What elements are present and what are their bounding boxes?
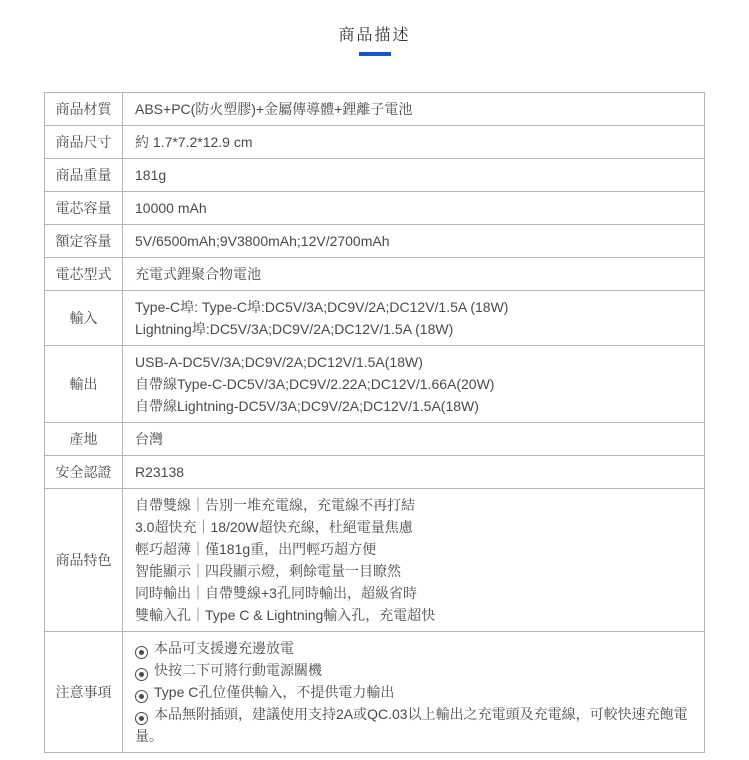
spec-value: 自帶雙線｜告別一堆充電線，充電線不再打結3.0超快充｜18/20W超快充線，杜絕… — [123, 489, 705, 632]
table-row: 電芯容量10000 mAh — [45, 192, 705, 225]
fisheye-icon — [135, 690, 148, 703]
note-text: 本品可支援邊充邊放電 — [154, 640, 294, 656]
spec-label: 安全認證 — [45, 456, 123, 489]
spec-value-line: 雙輸入孔｜Type C & Lightning輸入孔，充電超快 — [135, 604, 692, 626]
page-title: 商品描述 — [338, 22, 410, 45]
note-line: 快按二下可將行動電源關機 — [135, 659, 692, 681]
note-text: 本品無附插頭，建議使用支持2A或QC.03以上輸出之充電頭及充電線，可較快速充飽… — [135, 706, 688, 744]
spec-label: 商品尺寸 — [45, 126, 123, 159]
table-row: 額定容量5V/6500mAh;9V3800mAh;12V/2700mAh — [45, 225, 705, 258]
spec-value-line: 自帶線Lightning-DC5V/3A;DC9V/2A;DC12V/1.5A(… — [135, 395, 692, 417]
spec-value-line: Type-C埠: Type-C埠:DC5V/3A;DC9V/2A;DC12V/1… — [135, 296, 692, 318]
table-row: 商品特色自帶雙線｜告別一堆充電線，充電線不再打結3.0超快充｜18/20W超快充… — [45, 489, 705, 632]
spec-value: 充電式鋰聚合物電池 — [123, 258, 705, 291]
fisheye-icon — [135, 668, 148, 681]
note-text: 快按二下可將行動電源關機 — [154, 662, 322, 678]
spec-label: 輸入 — [45, 291, 123, 346]
spec-label: 商品重量 — [45, 159, 123, 192]
fisheye-icon — [135, 646, 148, 659]
spec-value-line: 台灣 — [135, 428, 692, 450]
table-row: 商品重量181g — [45, 159, 705, 192]
spec-label: 電芯容量 — [45, 192, 123, 225]
product-description-page: 商品描述 商品材質ABS+PC(防火塑膠)+金屬傳導體+鋰離子電池商品尺寸約 1… — [0, 0, 749, 753]
note-line: 本品無附插頭，建議使用支持2A或QC.03以上輸出之充電頭及充電線，可較快速充飽… — [135, 703, 692, 747]
spec-value: 台灣 — [123, 423, 705, 456]
spec-label: 輸出 — [45, 346, 123, 423]
spec-table: 商品材質ABS+PC(防火塑膠)+金屬傳導體+鋰離子電池商品尺寸約 1.7*7.… — [44, 92, 705, 753]
spec-value: ABS+PC(防火塑膠)+金屬傳導體+鋰離子電池 — [123, 93, 705, 126]
spec-label: 商品特色 — [45, 489, 123, 632]
spec-value-line: Lightning埠:DC5V/3A;DC9V/2A;DC12V/1.5A (1… — [135, 318, 692, 340]
spec-label: 產地 — [45, 423, 123, 456]
spec-label: 電芯型式 — [45, 258, 123, 291]
spec-value-line: 自帶線Type-C-DC5V/3A;DC9V/2.22A;DC12V/1.66A… — [135, 373, 692, 395]
title-underline — [359, 52, 391, 56]
spec-value: USB-A-DC5V/3A;DC9V/2A;DC12V/1.5A(18W)自帶線… — [123, 346, 705, 423]
table-row: 電芯型式充電式鋰聚合物電池 — [45, 258, 705, 291]
spec-value-line: 5V/6500mAh;9V3800mAh;12V/2700mAh — [135, 230, 692, 252]
section-header: 商品描述 — [0, 22, 749, 56]
spec-value-line: 同時輸出｜自帶雙線+3孔同時輸出，超級省時 — [135, 582, 692, 604]
spec-value-line: 充電式鋰聚合物電池 — [135, 263, 692, 285]
note-text: Type C孔位僅供輸入，不提供電力輸出 — [154, 684, 394, 700]
spec-value-line: 輕巧超薄｜僅181g重，出門輕巧超方便 — [135, 538, 692, 560]
table-row: 輸入Type-C埠: Type-C埠:DC5V/3A;DC9V/2A;DC12V… — [45, 291, 705, 346]
table-row: 輸出USB-A-DC5V/3A;DC9V/2A;DC12V/1.5A(18W)自… — [45, 346, 705, 423]
spec-value: Type-C埠: Type-C埠:DC5V/3A;DC9V/2A;DC12V/1… — [123, 291, 705, 346]
fisheye-icon — [135, 712, 148, 725]
table-row: 安全認證R23138 — [45, 456, 705, 489]
spec-table-body: 商品材質ABS+PC(防火塑膠)+金屬傳導體+鋰離子電池商品尺寸約 1.7*7.… — [45, 93, 705, 753]
table-row: 商品尺寸約 1.7*7.2*12.9 cm — [45, 126, 705, 159]
spec-value: 10000 mAh — [123, 192, 705, 225]
spec-value-line: 10000 mAh — [135, 197, 692, 219]
spec-value: 約 1.7*7.2*12.9 cm — [123, 126, 705, 159]
spec-value: 本品可支援邊充邊放電快按二下可將行動電源關機Type C孔位僅供輸入，不提供電力… — [123, 632, 705, 753]
spec-value-line: ABS+PC(防火塑膠)+金屬傳導體+鋰離子電池 — [135, 98, 692, 120]
spec-value-line: 自帶雙線｜告別一堆充電線，充電線不再打結 — [135, 494, 692, 516]
spec-label: 商品材質 — [45, 93, 123, 126]
spec-value: 181g — [123, 159, 705, 192]
table-row: 產地台灣 — [45, 423, 705, 456]
spec-label: 注意事項 — [45, 632, 123, 753]
spec-value-line: USB-A-DC5V/3A;DC9V/2A;DC12V/1.5A(18W) — [135, 351, 692, 373]
spec-value: 5V/6500mAh;9V3800mAh;12V/2700mAh — [123, 225, 705, 258]
spec-value-line: 3.0超快充｜18/20W超快充線，杜絕電量焦慮 — [135, 516, 692, 538]
spec-value-line: R23138 — [135, 461, 692, 483]
spec-value-line: 約 1.7*7.2*12.9 cm — [135, 131, 692, 153]
table-row: 注意事項本品可支援邊充邊放電快按二下可將行動電源關機Type C孔位僅供輸入，不… — [45, 632, 705, 753]
note-line: 本品可支援邊充邊放電 — [135, 637, 692, 659]
spec-value-line: 181g — [135, 164, 692, 186]
table-row: 商品材質ABS+PC(防火塑膠)+金屬傳導體+鋰離子電池 — [45, 93, 705, 126]
spec-value: R23138 — [123, 456, 705, 489]
spec-label: 額定容量 — [45, 225, 123, 258]
note-line: Type C孔位僅供輸入，不提供電力輸出 — [135, 681, 692, 703]
spec-value-line: 智能顯示｜四段顯示燈，剩餘電量一目瞭然 — [135, 560, 692, 582]
